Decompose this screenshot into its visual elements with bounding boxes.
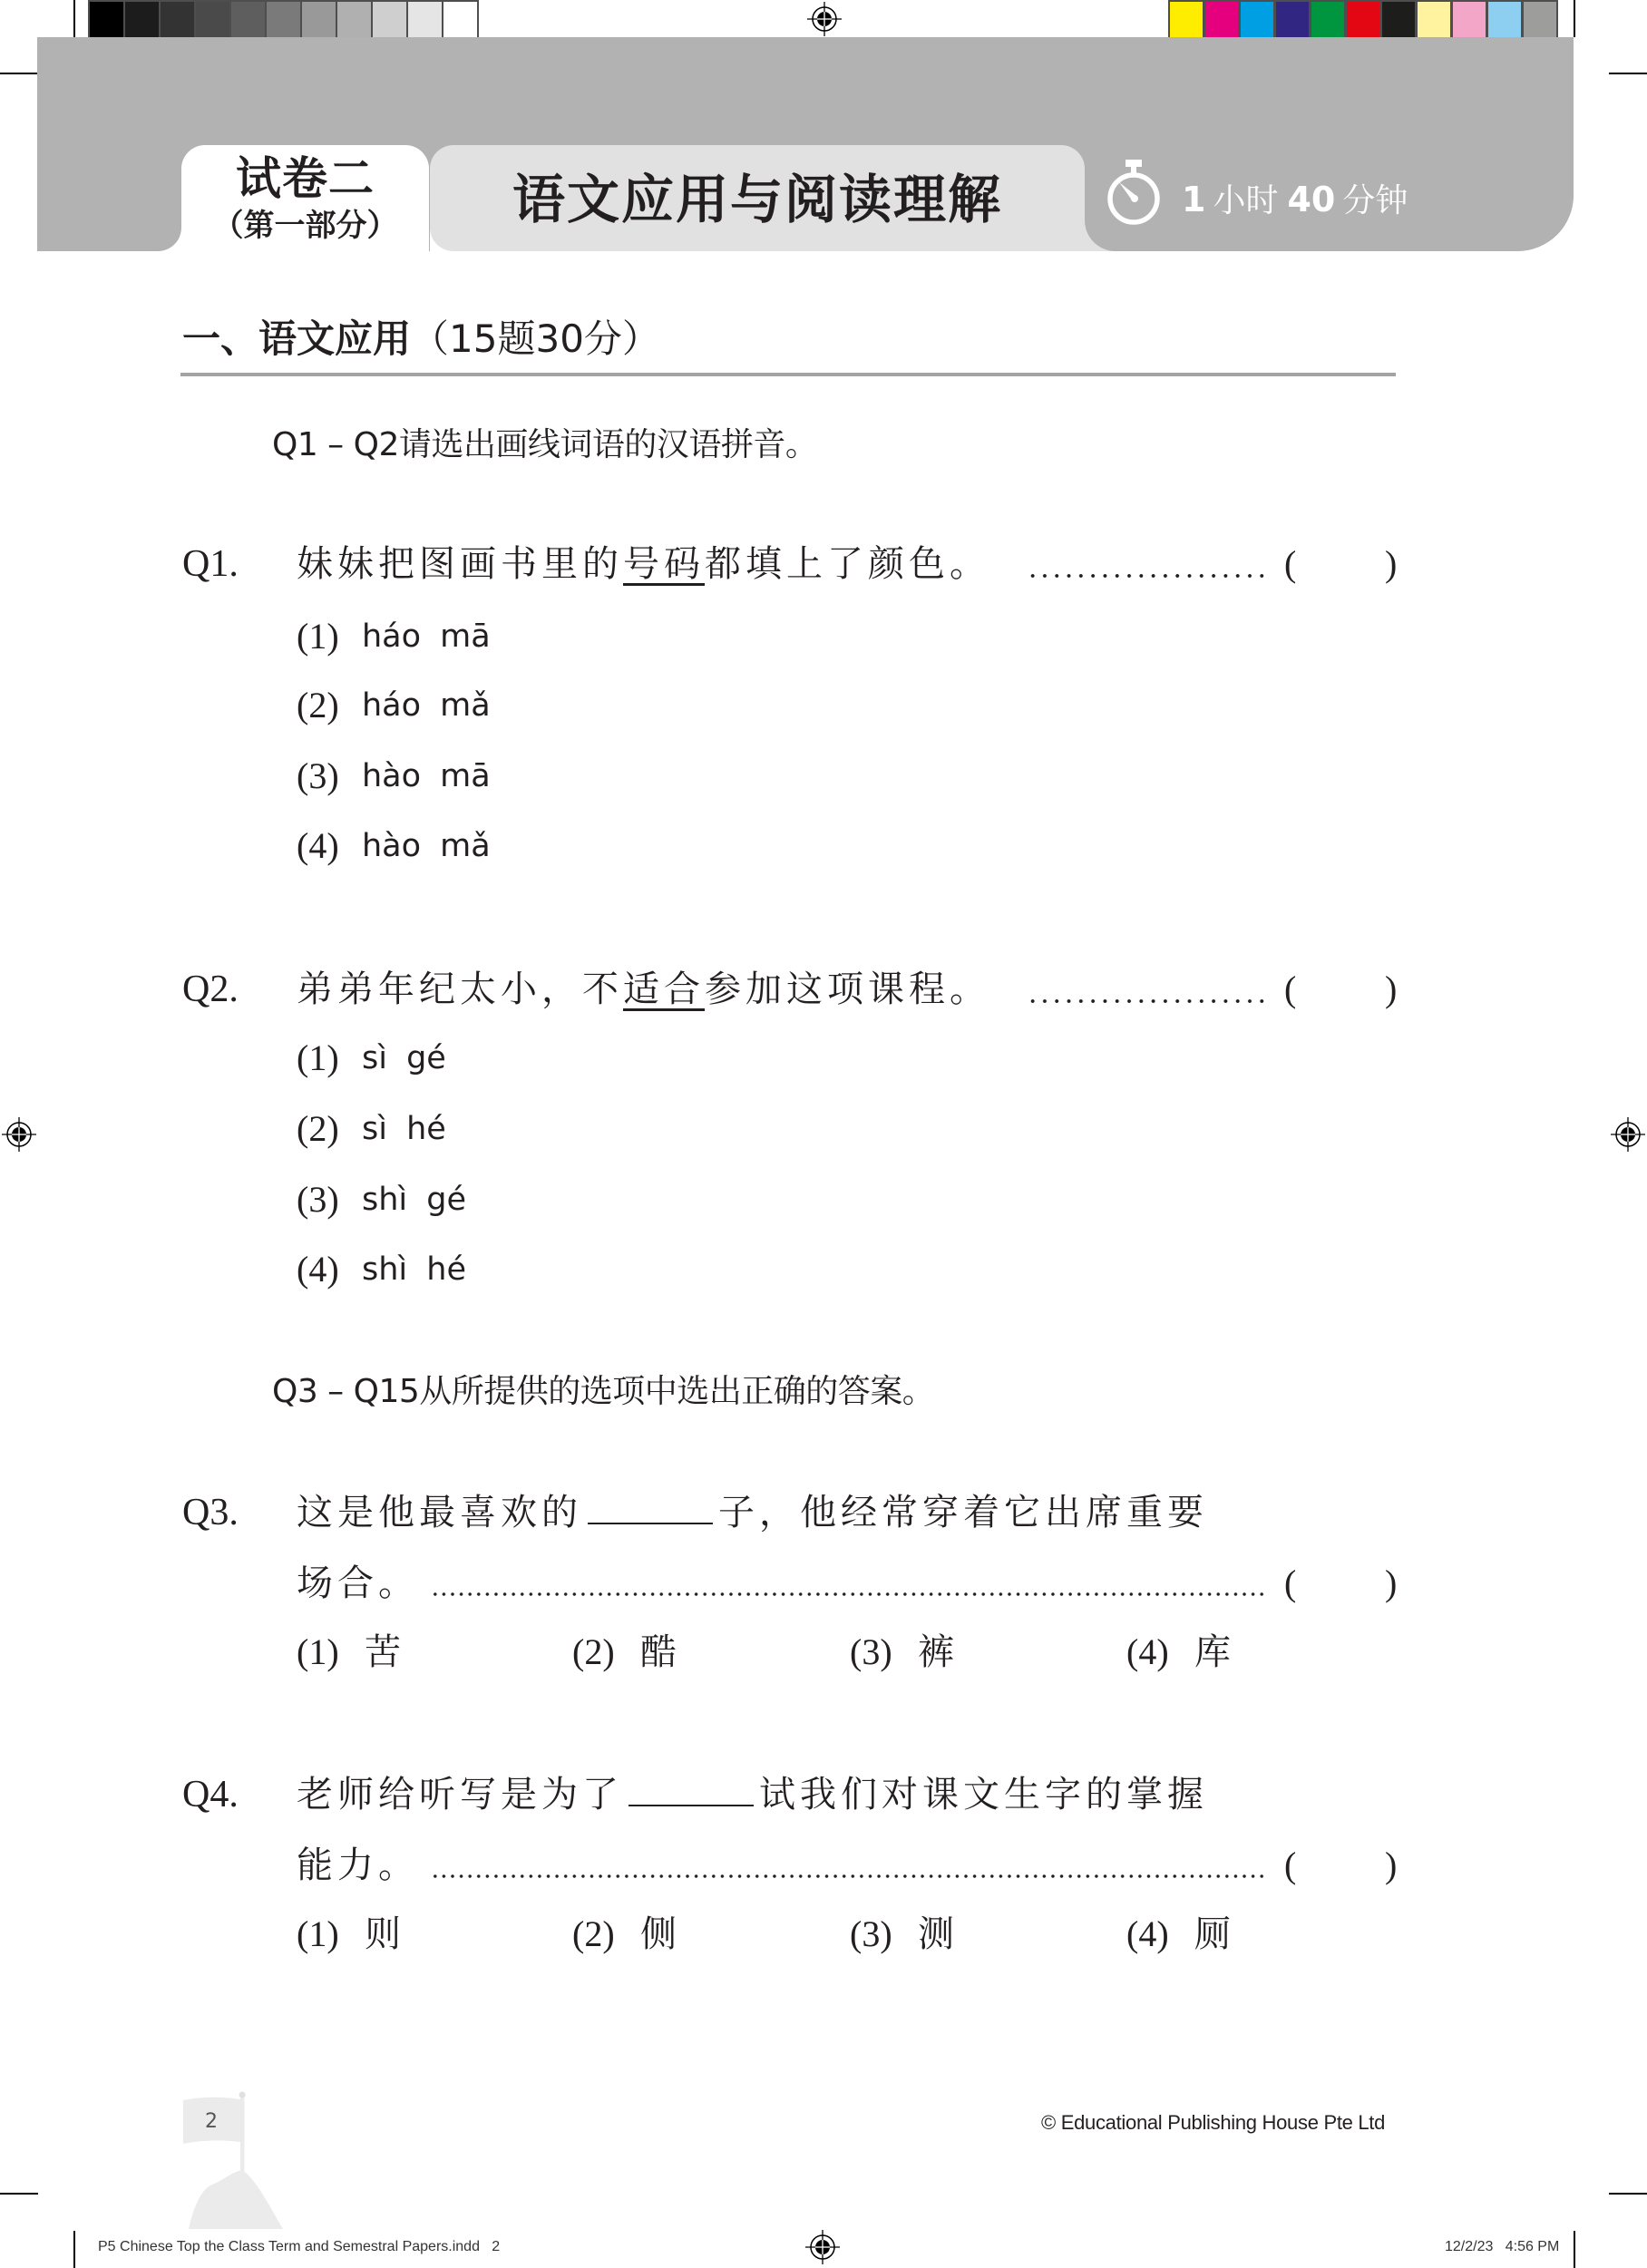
option-number: (4) (297, 1244, 339, 1295)
question-text-after: 子，他经常穿着它出席重要 (718, 1492, 1208, 1533)
option-number: (1) (297, 1627, 339, 1678)
dot-leader (1027, 998, 1268, 1004)
tab-corner-decoration (158, 228, 181, 251)
slug-filename: P5 Chinese Top the Class Term and Semest… (98, 2236, 500, 2258)
swatch (1488, 2, 1521, 39)
swatch (373, 2, 406, 39)
option-number: (4) (297, 821, 339, 871)
section-heading: 一、语文应用（15题30分） (182, 316, 660, 363)
question-text-before: 妹妹把图画书里的 (297, 543, 623, 585)
option-character: 测 (918, 1909, 954, 1960)
swatch (408, 2, 442, 39)
registration-mark-icon (1610, 1116, 1646, 1153)
section-title: 语文应用 (258, 316, 411, 361)
answer-paren-open: ( (1284, 1558, 1296, 1609)
copyright-notice: © Educational Publishing House Pte Ltd (1041, 2109, 1385, 2137)
option-number: (1) (297, 1909, 339, 1960)
option-pinyin: sì gé (362, 1033, 446, 1084)
question-text-line-2: 能力。 (297, 1840, 419, 1891)
option-character: 裤 (918, 1627, 954, 1678)
flag-mountain-icon (172, 2086, 299, 2235)
swatch (1311, 2, 1344, 39)
crop-mark-bottom-right-v (1574, 2231, 1575, 2268)
crop-mark-top-right-v (1574, 0, 1575, 37)
option-number: (2) (297, 680, 339, 731)
worksheet-page: 试卷二 （第一部分） 语文应用与阅读理解 1小时40分钟 一、语文应用（15题3… (0, 0, 1647, 2268)
option-number: (2) (572, 1909, 615, 1960)
answer-paren-open: ( (1284, 539, 1296, 589)
question-text-after: 参加这项课程。 (705, 969, 990, 1010)
option-number: (3) (850, 1909, 892, 1960)
option-pinyin: háo mǎ (362, 680, 491, 731)
option-pinyin: shì gé (362, 1174, 466, 1225)
answer-paren-close: ) (1385, 1558, 1397, 1609)
option-pinyin: shì hé (362, 1244, 466, 1295)
fill-in-blank (629, 1777, 754, 1806)
question-label: Q2. (182, 964, 239, 1015)
option-pinyin: sì hé (362, 1104, 446, 1154)
option-character: 则 (365, 1909, 401, 1960)
question-text-line-1: 这是他最喜欢的子，他经常穿着它出席重要 (297, 1487, 1208, 1538)
dot-leader (1027, 573, 1268, 579)
section-divider (180, 373, 1396, 376)
dot-leader (431, 1591, 1268, 1597)
paper-part: （第一部分） (181, 207, 429, 245)
swatch (1205, 2, 1238, 39)
page-title: 语文应用与阅读理解 (430, 169, 1085, 230)
swatch (443, 2, 477, 39)
swatch (1418, 2, 1450, 39)
question-text-before: 老师给听写是为了 (297, 1774, 623, 1815)
swatch (267, 2, 300, 39)
swatch (302, 2, 336, 39)
fill-in-blank (588, 1495, 713, 1524)
option-pinyin: hào mā (362, 751, 491, 802)
question-label: Q4. (182, 1769, 239, 1820)
instruction-q3-q15: Q3 – Q15从所提供的选项中选出正确的答案。 (272, 1369, 934, 1415)
question-text: 弟弟年纪太小，不适合参加这项课程。 (297, 964, 990, 1015)
paper-label: 试卷二 (181, 152, 429, 205)
question-text-line-1: 老师给听写是为了试我们对课文生字的掌握 (297, 1769, 1208, 1820)
question-text-line-2: 场合。 (297, 1558, 419, 1609)
option-number: (4) (1126, 1627, 1169, 1678)
option-number: (2) (297, 1104, 339, 1154)
swatch (337, 2, 371, 39)
instruction-q1-q2: Q1 – Q2请选出画线词语的汉语拼音。 (272, 423, 817, 468)
swatch (1276, 2, 1309, 39)
answer-paren-open: ( (1284, 1840, 1296, 1891)
question-text-before: 弟弟年纪太小，不 (297, 969, 623, 1010)
registration-mark-icon (804, 2229, 841, 2265)
duration-label: 1小时40分钟 (1182, 178, 1417, 221)
answer-paren-close: ) (1385, 964, 1397, 1015)
duration-minutes-unit: 分钟 (1342, 182, 1408, 219)
swatch (90, 2, 123, 39)
duration-hours: 1 (1182, 180, 1205, 219)
swatch (1382, 2, 1415, 39)
swatch (161, 2, 194, 39)
question-label: Q3. (182, 1487, 239, 1538)
crop-mark-top-right-h (1609, 73, 1647, 74)
registration-mark-icon (806, 1, 843, 37)
option-number: (3) (850, 1627, 892, 1678)
option-character: 酷 (640, 1627, 677, 1678)
duration-hours-unit: 小时 (1213, 182, 1278, 219)
section-number: 一、 (182, 316, 258, 361)
grayscale-color-bar (88, 0, 479, 42)
option-character: 苦 (365, 1627, 401, 1678)
option-character: 厕 (1194, 1909, 1231, 1960)
page-number: 2 (193, 2107, 229, 2137)
registration-mark-icon (1, 1116, 37, 1153)
crop-mark-bottom-right-h (1609, 2193, 1647, 2195)
underlined-word: 号码 (623, 543, 705, 585)
swatch (231, 2, 265, 39)
question-text: 妹妹把图画书里的号码都填上了颜色。 (297, 539, 990, 589)
question-text-before: 这是他最喜欢的 (297, 1492, 582, 1533)
option-character: 侧 (640, 1909, 677, 1960)
crop-mark-top-left-v (73, 0, 75, 37)
option-number: (1) (297, 1033, 339, 1084)
option-number: (4) (1126, 1909, 1169, 1960)
question-label: Q1. (182, 539, 239, 589)
dot-leader (431, 1874, 1268, 1879)
option-character: 库 (1194, 1627, 1231, 1678)
answer-paren-open: ( (1284, 964, 1296, 1015)
swatch (1524, 2, 1556, 39)
option-number: (3) (297, 751, 339, 802)
option-pinyin: hào mǎ (362, 821, 491, 871)
process-color-bar (1168, 0, 1558, 42)
slug-datetime: 12/2/23 4:56 PM (1445, 2236, 1559, 2258)
stopwatch-icon (1105, 152, 1163, 229)
crop-mark-bottom-left-v (73, 2231, 75, 2268)
swatch (196, 2, 229, 39)
swatch (125, 2, 159, 39)
swatch (1453, 2, 1486, 39)
answer-paren-close: ) (1385, 539, 1397, 589)
swatch (1241, 2, 1273, 39)
option-number: (3) (297, 1174, 339, 1225)
crop-mark-top-left-h (0, 73, 37, 74)
section-meta: （15题30分） (411, 316, 660, 361)
swatch (1347, 2, 1379, 39)
option-number: (1) (297, 611, 339, 662)
option-pinyin: háo mā (362, 611, 491, 662)
underlined-word: 适合 (623, 969, 705, 1010)
question-text-after: 试我们对课文生字的掌握 (759, 1774, 1208, 1815)
answer-paren-close: ) (1385, 1840, 1397, 1891)
swatch (1170, 2, 1203, 39)
duration-minutes: 40 (1287, 180, 1335, 219)
crop-mark-bottom-left-h (0, 2193, 38, 2195)
question-text-after: 都填上了颜色。 (705, 543, 990, 585)
option-number: (2) (572, 1627, 615, 1678)
